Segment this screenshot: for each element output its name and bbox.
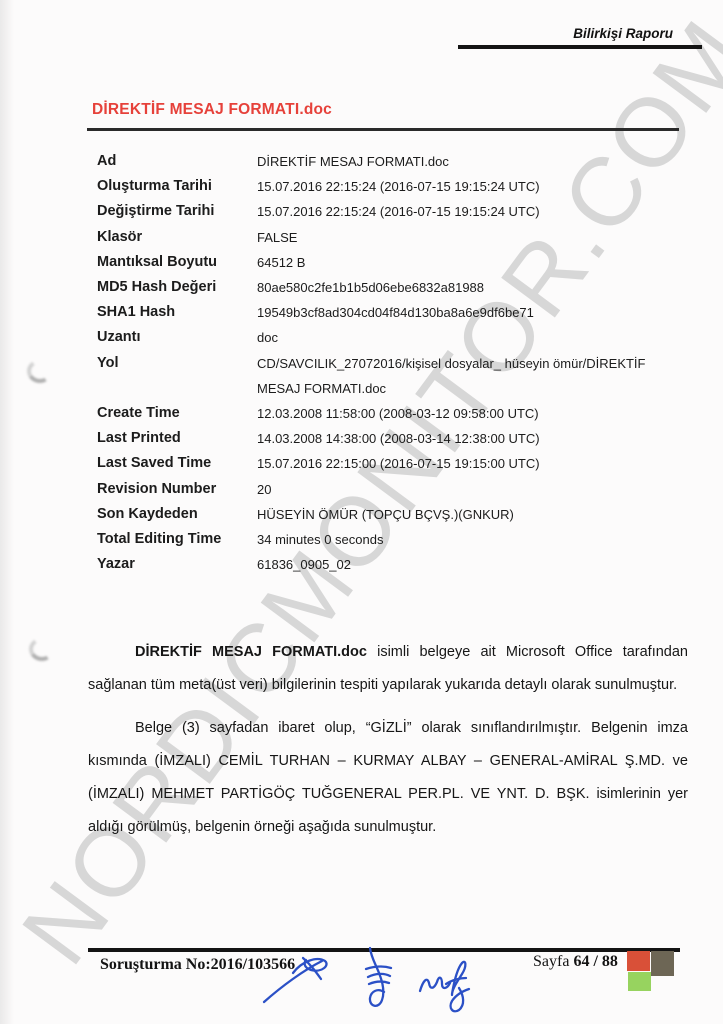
header-rule bbox=[458, 45, 702, 49]
scanned-report-page: NORDICMONITOR.COM Bilirkişi Raporu DİREK… bbox=[0, 0, 723, 1024]
punch-hole-mark bbox=[27, 636, 56, 664]
metadata-value: 15.07.2016 22:15:24 (2016-07-15 19:15:24… bbox=[257, 174, 689, 199]
signature-stroke bbox=[366, 967, 391, 969]
metadata-table: AdDİREKTİF MESAJ FORMATI.docOluşturma Ta… bbox=[97, 149, 689, 577]
metadata-row: Uzantıdoc bbox=[97, 325, 689, 350]
metadata-row: Total Editing Time34 minutes 0 seconds bbox=[97, 527, 689, 552]
metadata-value: CD/SAVCILIK_27072016/kişisel dosyalar_ h… bbox=[257, 351, 689, 401]
signature-stroke bbox=[303, 958, 321, 979]
metadata-label: Last Printed bbox=[97, 426, 257, 451]
metadata-label: Uzantı bbox=[97, 325, 257, 350]
signature-stroke bbox=[369, 982, 389, 984]
metadata-row: Yazar61836_0905_02 bbox=[97, 552, 689, 577]
logo-square-green-icon bbox=[628, 972, 651, 991]
metadata-row: Last Printed14.03.2008 14:38:00 (2008-03… bbox=[97, 426, 689, 451]
logo-square-red-icon bbox=[627, 951, 650, 971]
metadata-label: Son Kaydeden bbox=[97, 502, 257, 527]
metadata-value: 20 bbox=[257, 477, 689, 502]
classification-paragraph: Belge (3) sayfadan ibaret olup, “GİZLİ” … bbox=[88, 712, 688, 844]
signature-stroke bbox=[452, 962, 465, 995]
metadata-value: 19549b3cf8ad304cd04f84d130ba8a6e9df6be71 bbox=[257, 300, 689, 325]
signature-stroke bbox=[451, 988, 469, 1011]
logo-square-dark-icon bbox=[651, 951, 674, 976]
metadata-row: Oluşturma Tarihi15.07.2016 22:15:24 (201… bbox=[97, 174, 689, 199]
metadata-row: Last Saved Time15.07.2016 22:15:00 (2016… bbox=[97, 451, 689, 476]
metadata-value: 15.07.2016 22:15:24 (2016-07-15 19:15:24… bbox=[257, 199, 689, 224]
summary-paragraph: DİREKTİF MESAJ FORMATI.doc isimli belgey… bbox=[88, 636, 688, 702]
metadata-value: 34 minutes 0 seconds bbox=[257, 527, 689, 552]
metadata-label: Total Editing Time bbox=[97, 527, 257, 552]
metadata-label: SHA1 Hash bbox=[97, 300, 257, 325]
metadata-row: MD5 Hash Değeri80ae580c2fe1b1b5d06ebe683… bbox=[97, 275, 689, 300]
page-prefix: Sayfa bbox=[533, 953, 569, 970]
page-indicator: Sayfa 64 / 88 bbox=[533, 953, 618, 971]
metadata-value: DİREKTİF MESAJ FORMATI.doc bbox=[257, 149, 689, 174]
metadata-value: 64512 B bbox=[257, 250, 689, 275]
metadata-row: YolCD/SAVCILIK_27072016/kişisel dosyalar… bbox=[97, 351, 689, 401]
signature-stroke bbox=[370, 973, 384, 1006]
document-title: DİREKTİF MESAJ FORMATI.doc bbox=[92, 101, 332, 119]
metadata-label: Yazar bbox=[97, 552, 257, 577]
metadata-row: AdDİREKTİF MESAJ FORMATI.doc bbox=[97, 149, 689, 174]
signature-stroke bbox=[420, 978, 450, 991]
metadata-label: MD5 Hash Değeri bbox=[97, 275, 257, 300]
metadata-label: Değiştirme Tarihi bbox=[97, 199, 257, 224]
metadata-row: Son KaydedenHÜSEYİN ÖMÜR (TOPÇU BÇVŞ.)(G… bbox=[97, 502, 689, 527]
metadata-label: Mantıksal Boyutu bbox=[97, 250, 257, 275]
metadata-label: Last Saved Time bbox=[97, 451, 257, 476]
metadata-row: Create Time12.03.2008 11:58:00 (2008-03-… bbox=[97, 401, 689, 426]
paragraph-bold-lead: DİREKTİF MESAJ FORMATI.doc bbox=[135, 644, 367, 660]
signature-stroke bbox=[368, 974, 390, 977]
metadata-label: Create Time bbox=[97, 401, 257, 426]
metadata-value: 14.03.2008 14:38:00 (2008-03-14 12:38:00… bbox=[257, 426, 689, 451]
metadata-label: Oluşturma Tarihi bbox=[97, 174, 257, 199]
metadata-label: Yol bbox=[97, 351, 257, 376]
metadata-row: Değiştirme Tarihi15.07.2016 22:15:24 (20… bbox=[97, 199, 689, 224]
metadata-row: Mantıksal Boyutu64512 B bbox=[97, 250, 689, 275]
metadata-value: 61836_0905_02 bbox=[257, 552, 689, 577]
punch-hole-mark bbox=[25, 358, 54, 386]
report-type-label: Bilirkişi Raporu bbox=[573, 26, 673, 41]
paragraph-text: Belge (3) sayfadan ibaret olup, “GİZLİ” … bbox=[88, 720, 688, 835]
metadata-label: Klasör bbox=[97, 225, 257, 250]
metadata-value: HÜSEYİN ÖMÜR (TOPÇU BÇVŞ.)(GNKUR) bbox=[257, 502, 689, 527]
metadata-label: Revision Number bbox=[97, 477, 257, 502]
footer-rule bbox=[88, 948, 680, 952]
metadata-value: doc bbox=[257, 325, 689, 350]
title-rule bbox=[87, 128, 679, 131]
metadata-value: FALSE bbox=[257, 225, 689, 250]
scan-edge-shade bbox=[0, 0, 14, 1024]
investigation-number: Soruşturma No:2016/103566 bbox=[100, 956, 295, 974]
metadata-row: KlasörFALSE bbox=[97, 225, 689, 250]
signature-stroke bbox=[293, 959, 327, 973]
metadata-value: 15.07.2016 22:15:00 (2016-07-15 19:15:00… bbox=[257, 451, 689, 476]
metadata-row: Revision Number20 bbox=[97, 477, 689, 502]
page-number: 64 / 88 bbox=[573, 953, 617, 970]
metadata-label: Ad bbox=[97, 149, 257, 174]
metadata-row: SHA1 Hash19549b3cf8ad304cd04f84d130ba8a6… bbox=[97, 300, 689, 325]
metadata-value: 80ae580c2fe1b1b5d06ebe6832a81988 bbox=[257, 275, 689, 300]
signature-stroke bbox=[446, 978, 466, 984]
metadata-value: 12.03.2008 11:58:00 (2008-03-12 09:58:00… bbox=[257, 401, 689, 426]
